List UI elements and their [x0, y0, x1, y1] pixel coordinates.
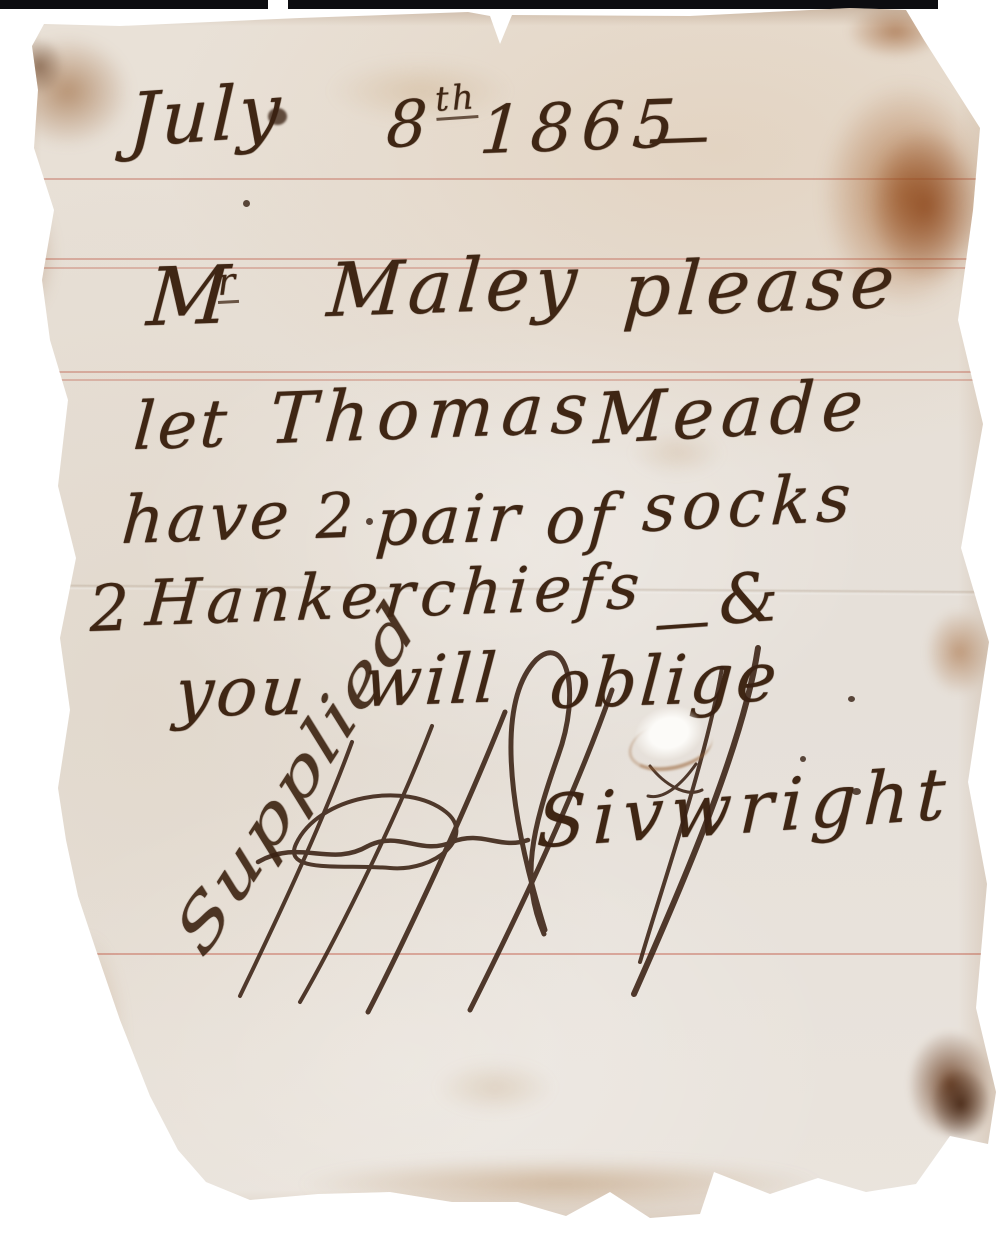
word-please: please [621, 246, 902, 326]
scanner-edge-gap [268, 0, 288, 9]
word-you: you [172, 660, 310, 727]
ink-dot [848, 696, 855, 702]
note-paper: July 8 th 1865 — M r Maley please let Th… [0, 0, 1000, 1236]
stain-yellow-patch [410, 1050, 580, 1125]
dash-after-year: — [646, 106, 713, 167]
stain-left-dark-fleck [12, 220, 48, 270]
stain-top-left-dark [6, 28, 72, 104]
stain-bottom-left-tear [36, 888, 141, 1203]
signature-sivwright: Sivwright [536, 759, 954, 857]
scanner-edge-bar [0, 0, 938, 9]
quantity-socks: 2 [314, 487, 358, 547]
quantity-hankerchiefs: 2 [88, 578, 134, 640]
ink-blotch [268, 108, 287, 125]
ordinal-th: th [434, 81, 478, 121]
ink-dot [852, 788, 861, 795]
stain-bottom-edge [195, 1148, 925, 1220]
name-thomas: Thomas [267, 375, 597, 453]
word-have: have [120, 484, 294, 553]
ruled-line [38, 953, 994, 955]
ink-dot [366, 518, 373, 525]
stain-right-middle [912, 592, 1000, 712]
scanned-document: July 8 th 1865 — M r Maley please let Th… [0, 0, 1000, 1236]
ink-dot [243, 200, 250, 207]
word-day-number: 8 [385, 94, 432, 157]
word-of: of [544, 488, 619, 553]
ampersand: & [716, 566, 784, 635]
word-july: July [128, 75, 285, 156]
docket-supplied-diagonal: Supplied [168, 592, 427, 967]
word-let: let [132, 393, 232, 459]
ink-dot [800, 756, 806, 762]
stain-left-edge [0, 168, 68, 343]
stain-top-right-upper [828, 0, 963, 69]
name-maley: Maley [325, 247, 584, 326]
salutation-superscript-r: r [216, 263, 239, 304]
word-pair: pair [374, 487, 525, 555]
stain-bottom-right-core [922, 1058, 1000, 1150]
word-socks: socks [641, 467, 858, 541]
name-meade: Meade [593, 372, 872, 453]
